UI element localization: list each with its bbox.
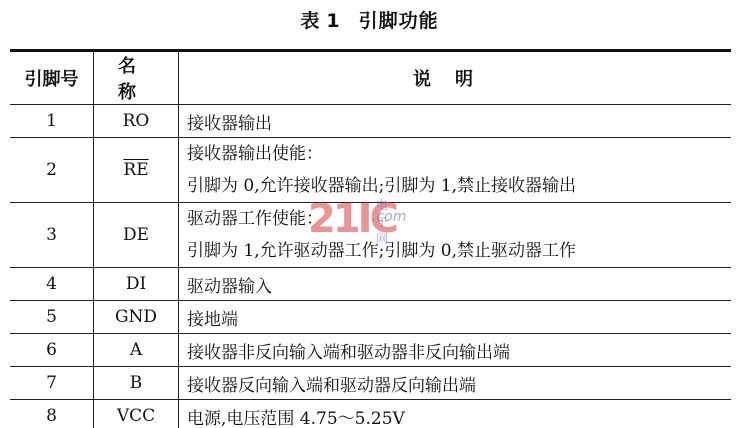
table-caption: 表1引脚功能 — [0, 6, 739, 33]
table-row: 6 A 接收器非反向输入端和驱动器非反向输出端 — [10, 334, 731, 367]
pin-number: 1 — [10, 105, 94, 138]
table-row: 1 RO 接收器输出 — [10, 105, 731, 138]
pin-description: 接收器非反向输入端和驱动器非反向输出端 — [179, 334, 732, 367]
pin-number: 2 — [10, 138, 94, 203]
pin-description: 接地端 — [179, 301, 732, 334]
header-row: 引脚号 名称 说明 — [10, 51, 731, 105]
table-row: 4 DI 驱动器输入 — [10, 268, 731, 301]
pin-name: RE — [94, 138, 179, 203]
pin-name-overlined: RE — [123, 160, 148, 180]
pin-number: 7 — [10, 367, 94, 400]
pin-name: DE — [94, 203, 179, 268]
caption-number: 1 — [326, 10, 340, 32]
pin-function-table: 引脚号 名称 说明 1 RO 接收器输出 2 RE 接收器输出使能：引脚为 0,… — [10, 49, 731, 428]
table-row: 2 RE 接收器输出使能：引脚为 0,允许接收器输出;引脚为 1,禁止接收器输出 — [10, 138, 731, 203]
pin-description: 接收器输出 — [179, 105, 732, 138]
pin-description: 电源,电压范围 4.75～5.25V — [179, 400, 732, 428]
description-line: 引脚为 1,允许驱动器工作;引脚为 0,禁止驱动器工作 — [187, 235, 723, 267]
pin-description: 接收器反向输入端和驱动器反向输出端 — [179, 367, 732, 400]
description-line: 接收器输出使能： — [187, 138, 723, 170]
description-line: 引脚为 0,允许接收器输出;引脚为 1,禁止接收器输出 — [187, 170, 723, 202]
header-name: 名称 — [94, 51, 179, 105]
header-description: 说明 — [179, 51, 732, 105]
description-line: 驱动器工作使能： — [187, 203, 723, 235]
caption-text: 引脚功能 — [359, 10, 439, 32]
pin-number: 5 — [10, 301, 94, 334]
header-pin-number: 引脚号 — [10, 51, 94, 105]
caption-prefix: 表 — [300, 10, 320, 32]
pin-name: B — [94, 367, 179, 400]
pin-description: 驱动器工作使能：引脚为 1,允许驱动器工作;引脚为 0,禁止驱动器工作 — [179, 203, 732, 268]
pin-description: 接收器输出使能：引脚为 0,允许接收器输出;引脚为 1,禁止接收器输出 — [179, 138, 732, 203]
pin-number: 3 — [10, 203, 94, 268]
pin-name: GND — [94, 301, 179, 334]
pin-number: 8 — [10, 400, 94, 428]
table-row: 3 DE 驱动器工作使能：引脚为 1,允许驱动器工作;引脚为 0,禁止驱动器工作 — [10, 203, 731, 268]
table-row: 7 B 接收器反向输入端和驱动器反向输出端 — [10, 367, 731, 400]
pin-name: A — [94, 334, 179, 367]
pin-number: 4 — [10, 268, 94, 301]
pin-number: 6 — [10, 334, 94, 367]
pin-name: RO — [94, 105, 179, 138]
pin-name: DI — [94, 268, 179, 301]
pin-description: 驱动器输入 — [179, 268, 732, 301]
pin-name: VCC — [94, 400, 179, 428]
table-row: 5 GND 接地端 — [10, 301, 731, 334]
table-row: 8 VCC 电源,电压范围 4.75～5.25V — [10, 400, 731, 428]
